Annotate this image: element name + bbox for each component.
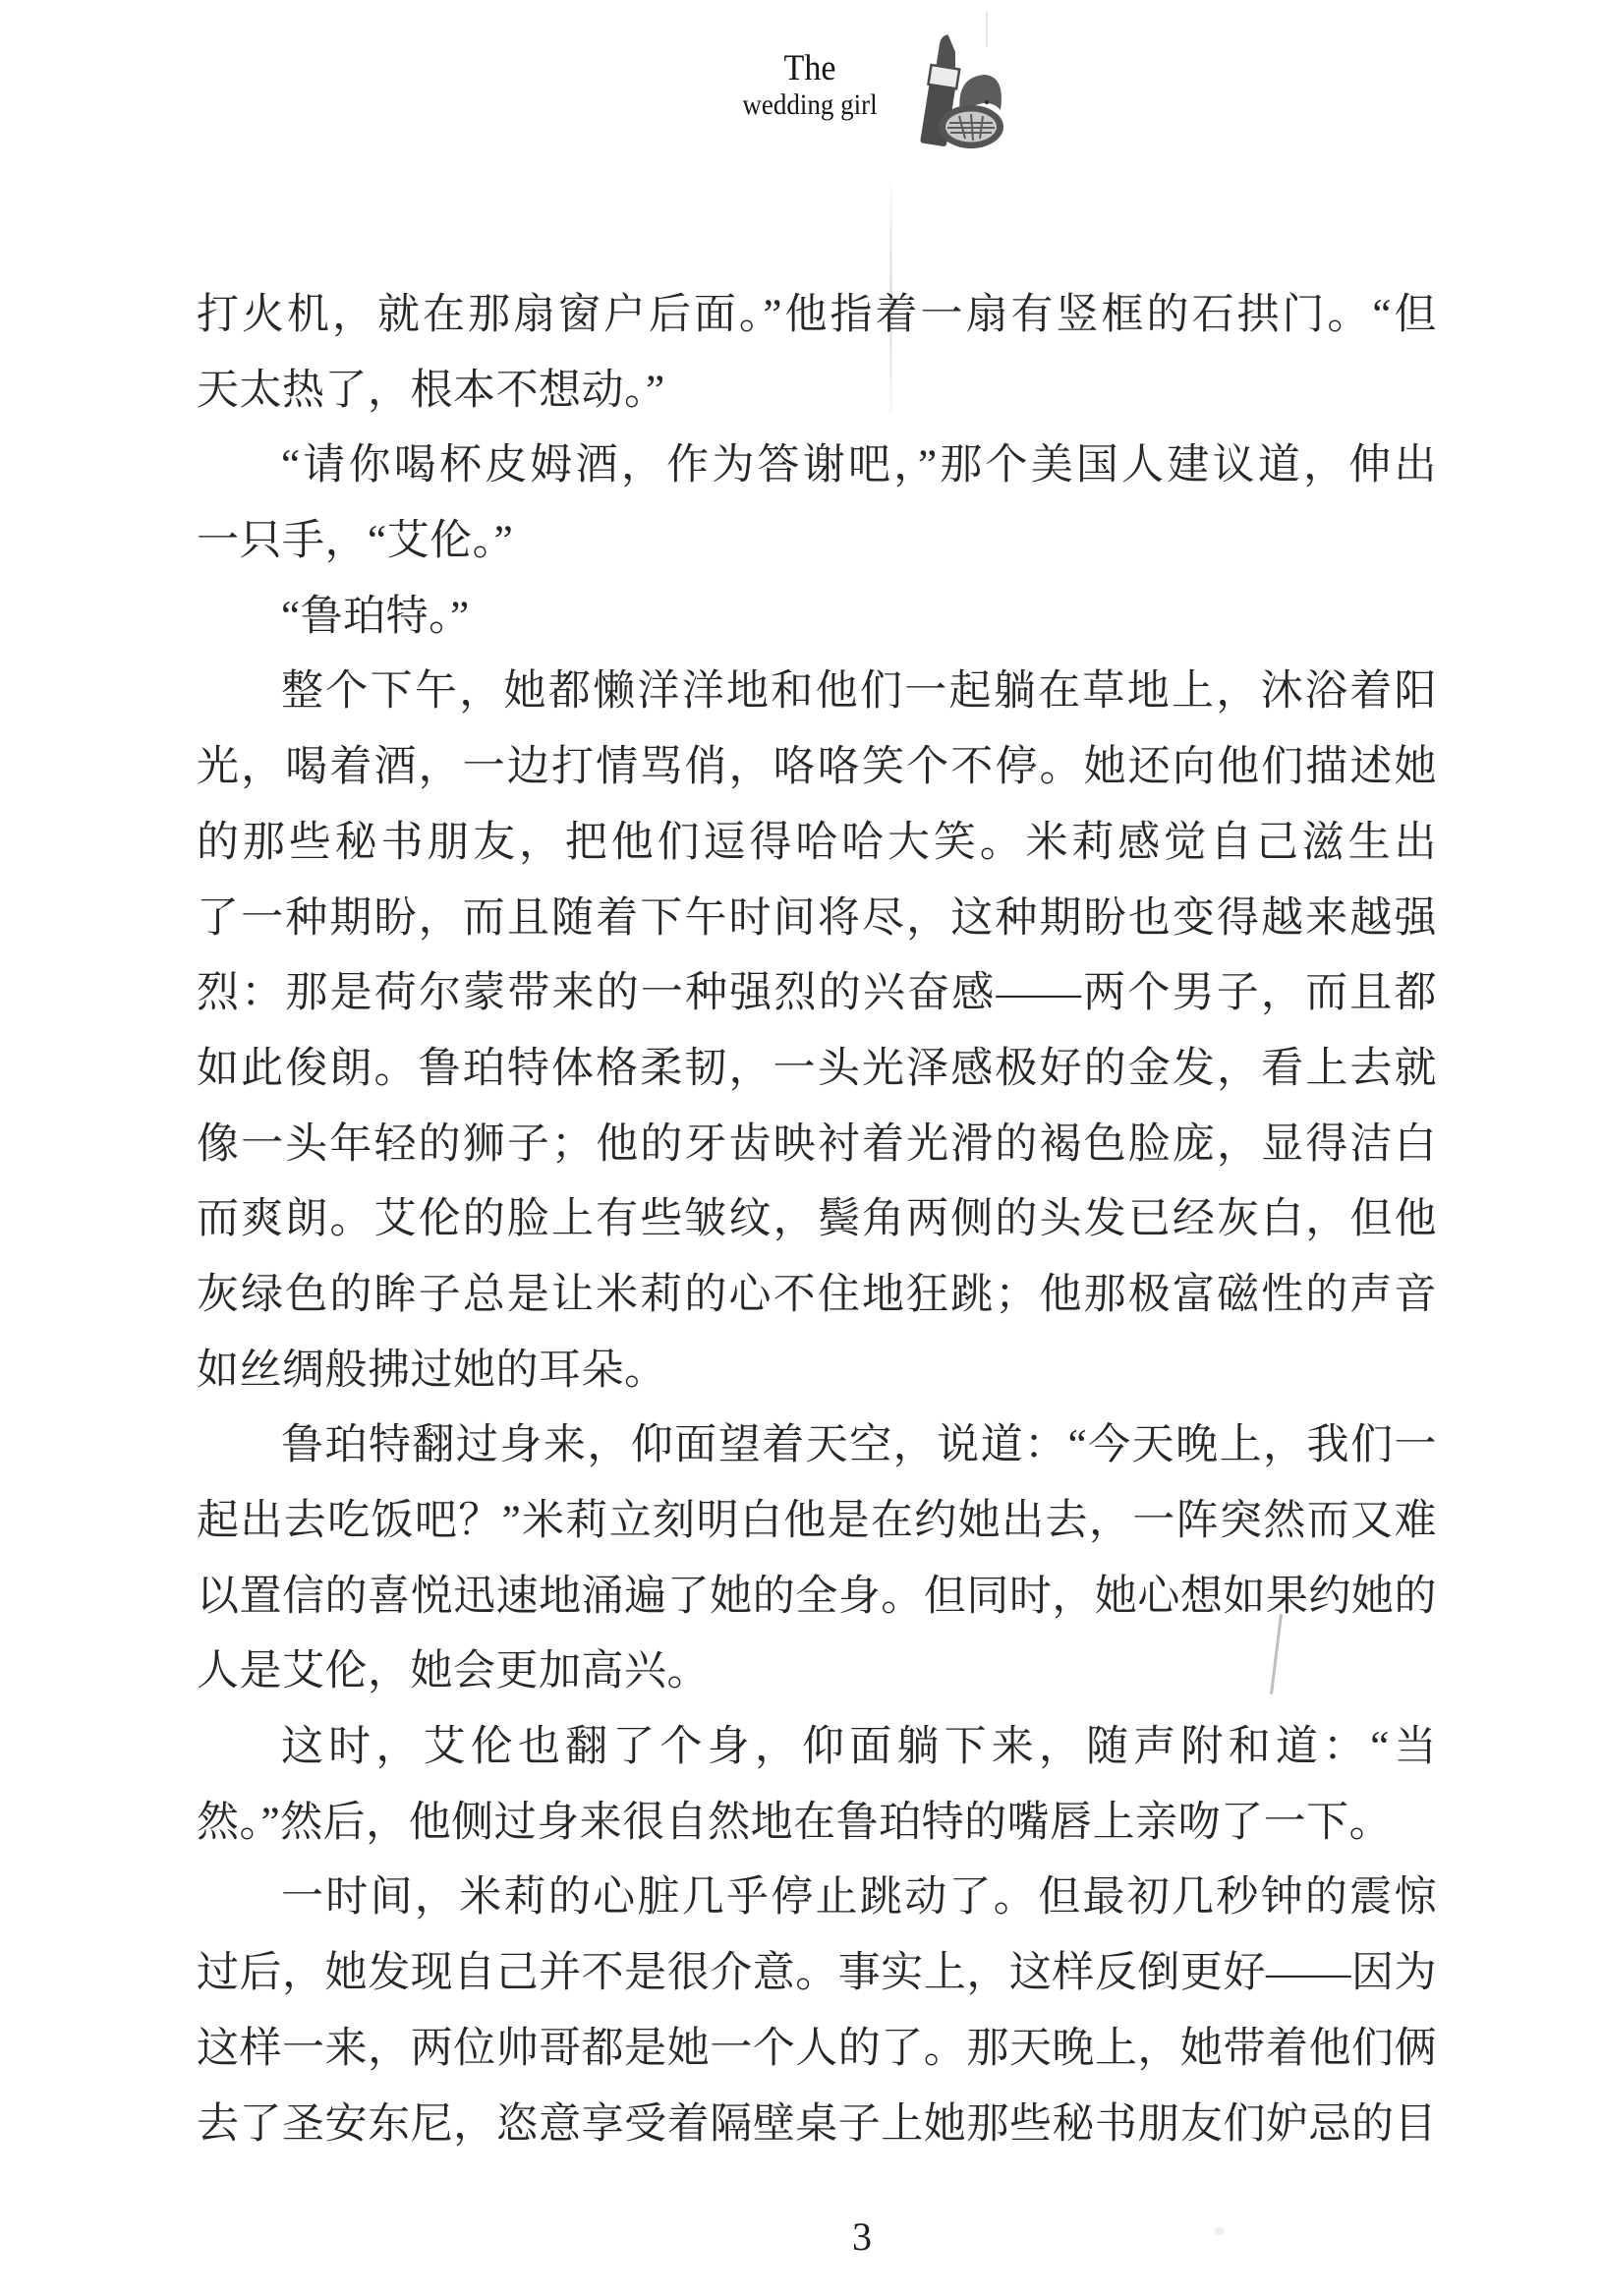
text-line: “鲁珀特。” (197, 580, 1437, 656)
text-line: 去了圣安东尼，恣意享受着隔壁桌子上她那些秘书朋友们妒忌的目 (197, 2088, 1437, 2163)
text-line: 整个下午，她都懒洋洋地和他们一起躺在草地上，沐浴着阳 (197, 655, 1437, 730)
book-logo-text: The wedding girl (716, 49, 904, 122)
page-number: 3 (840, 2213, 884, 2260)
book-page: The wedding girl (0, 0, 1603, 2296)
text-line: 这样一来，两位帅哥都是她一个人的了。那天晚上，她带着他们俩 (197, 2012, 1437, 2088)
text-line: 而爽朗。艾伦的脸上有些皱纹，鬓角两侧的头发已经灰白，但他 (197, 1182, 1437, 1258)
scan-artifact (1215, 2227, 1225, 2235)
text-line: 打火机，就在那扇窗户后面。”他指着一扇有竖框的石拱门。“但 (197, 278, 1437, 354)
text-line: 像一头年轻的狮子；他的牙齿映衬着光滑的褐色脸庞，显得洁白 (197, 1108, 1437, 1183)
text-line: 过后，她发现自己并不是很介意。事实上，这样反倒更好——因为 (197, 1936, 1437, 2012)
text-line: 以置信的喜悦迅速地涌遍了她的全身。但同时，她心想如果约她的 (197, 1560, 1437, 1636)
logo-title-line2: wedding girl (725, 88, 895, 122)
text-line: 然。”然后，他侧过身来很自然地在鲁珀特的嘴唇上亲吻了一下。 (197, 1786, 1437, 1862)
text-line: 的那些秘书朋友，把他们逗得哈哈大笑。米莉感觉自己滋生出 (197, 806, 1437, 882)
text-line: 烈：那是荷尔蒙带来的一种强烈的兴奋感——两个男子，而且都 (197, 956, 1437, 1032)
text-line: 光，喝着酒，一边打情骂俏，咯咯笑个不停。她还向他们描述她 (197, 730, 1437, 806)
text-line: 灰绿色的眸子总是让米莉的心不住地狂跳；他那极富磁性的声音 (197, 1258, 1437, 1334)
text-line: 起出去吃饭吧？”米莉立刻明白他是在约她出去，一阵突然而又难 (197, 1484, 1437, 1560)
lipstick-and-compact-icon (906, 26, 1008, 160)
text-line: 如丝绸般拂过她的耳朵。 (197, 1334, 1437, 1409)
text-block: 打火机，就在那扇窗户后面。”他指着一扇有竖框的石拱门。“但 天太热了，根本不想动… (197, 278, 1437, 2162)
text-line: 了一种期盼，而且随着下午时间将尽，这种期盼也变得越来越强 (197, 882, 1437, 957)
logo-title-line1: The (723, 49, 897, 88)
text-line: 这时，艾伦也翻了个身，仰面躺下来，随声附和道：“当 (197, 1710, 1437, 1786)
text-line: 鲁珀特翻过身来，仰面望着天空，说道：“今天晚上，我们一 (197, 1408, 1437, 1484)
text-line: 如此俊朗。鲁珀特体格柔韧，一头光泽感极好的金发，看上去就 (197, 1032, 1437, 1108)
text-line: “请你喝杯皮姆酒，作为答谢吧，”那个美国人建议道，伸出 (197, 429, 1437, 504)
text-line: 人是艾伦，她会更加高兴。 (197, 1635, 1437, 1710)
text-line: 一只手，“艾伦。” (197, 504, 1437, 580)
text-line: 一时间，米莉的心脏几乎停止跳动了。但最初几秒钟的震惊 (197, 1861, 1437, 1936)
text-line: 天太热了，根本不想动。” (197, 354, 1437, 430)
